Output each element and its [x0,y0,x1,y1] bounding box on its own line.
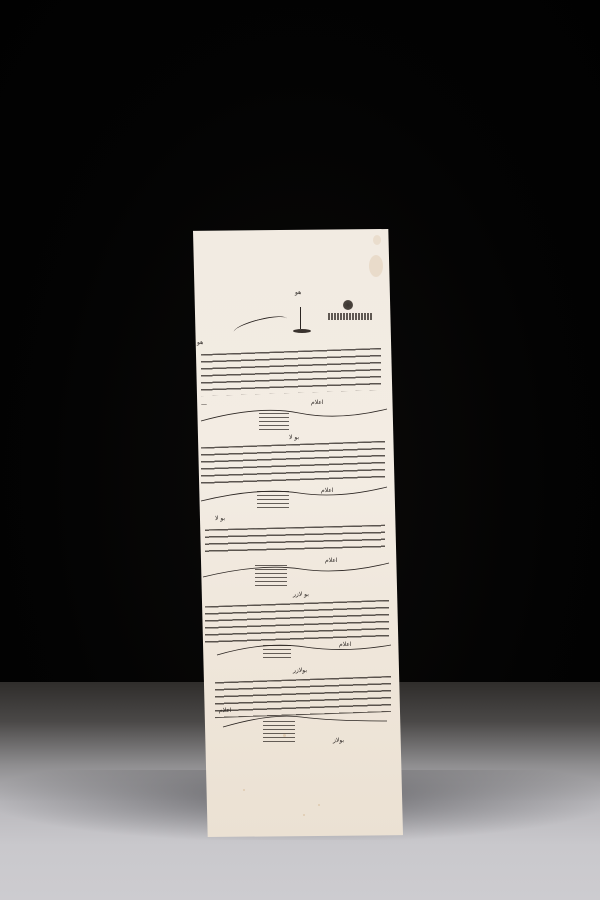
section-heading: بولازر [293,667,307,674]
tughra-header-line [328,313,372,320]
section-divider-curve [199,405,389,425]
text-lines [205,525,385,554]
section-divider-curve [199,485,389,505]
text-lines [201,441,385,485]
text-lines [201,348,381,396]
pen-stroke [300,307,301,329]
stain-mark [373,235,381,245]
stain-mark [303,814,305,816]
section-heading: بو لا [289,434,299,441]
invocation-text: هو [295,289,301,296]
text-lines [205,600,389,644]
signature-block [263,645,291,661]
calligraphic-flourish [232,313,289,339]
section-divider-curve [221,711,391,731]
section-divider-curve [201,559,391,581]
stain-mark [243,789,245,791]
stain-mark [369,255,383,277]
section-heading: بو لا [215,515,225,522]
stain-mark [318,804,320,806]
closing-text: بولاز [333,737,344,744]
section-heading: هو [197,339,203,346]
section-divider-curve [215,639,395,659]
pen-flourish [293,329,311,333]
section-heading: بو لازر [293,591,309,598]
manuscript-document: هو هو — اعلام بو لا اعلام بو لا اعلام بو… [193,229,403,837]
signature-block [257,491,289,511]
signature-block [259,413,289,431]
seal-icon [343,300,353,310]
signature-block [255,565,287,587]
signature-block [263,721,295,745]
